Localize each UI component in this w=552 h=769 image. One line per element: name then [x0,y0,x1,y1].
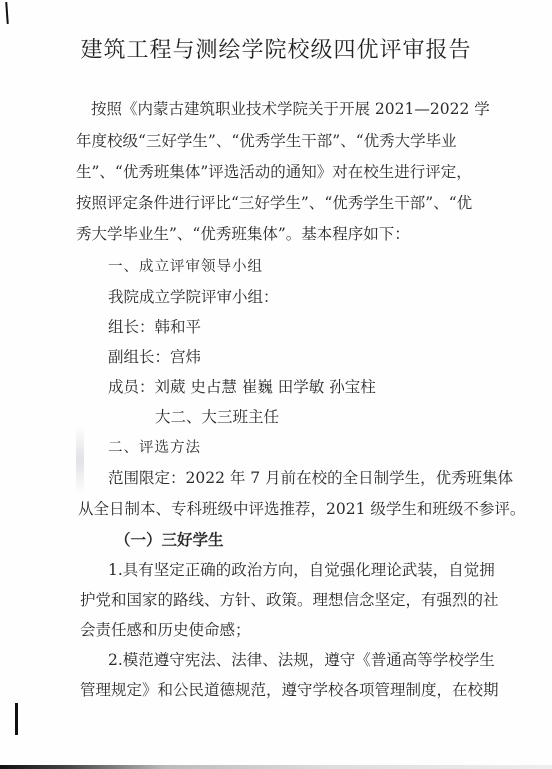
intro-line-2: 年度校级“三好学生”、“优秀学生干部”、“优秀大学毕业 [76,129,457,151]
scan-margin-mark [15,703,18,735]
committee-deputy: 副组长：宫炜 [108,345,201,367]
section-1-heading: 一、成立评审领导小组 [108,255,263,276]
intro-line-3: 生”、“优秀班集体”评选活动的通知》对在校生进行评定， [76,160,472,182]
intro-line-4: 按照评定条件进行评比“三好学生”、“优秀学生干部”、“优 [76,191,472,213]
scope-line-1: 范围限定：2022 年 7 月前在校的全日制学生，优秀班集体 [108,466,513,488]
committee-intro: 我院成立学院评审小组： [108,285,279,307]
scanned-page: 建筑工程与测绘学院校级四优评审报告 按照《内蒙古建筑职业技术学院关于开展 202… [0,0,552,769]
committee-members-extra: 大二、大三班主任 [155,405,279,427]
section-2-heading: 二、评选方法 [108,436,201,457]
scan-bottom-edge [0,765,552,769]
item-1-line-1: 1.具有坚定正确的政治方向，自觉强化理论武装，自觉拥 [108,558,495,580]
scan-edge-mark [5,2,9,24]
item-2-line-2: 管理规定》和公民道德规范，遵守学校各项管理制度，在校期 [80,678,499,700]
intro-line-5: 秀大学毕业生”、“优秀班集体”。基本程序如下： [76,222,410,244]
item-1-line-2: 护党和国家的路线、方针、政策。理想信念坚定，有强烈的社 [80,588,499,610]
item-2-line-1: 2.模范遵守宪法、法律、法规，遵守《普通高等学校学生 [108,648,495,670]
item-1-line-3: 会责任感和历史使命感； [80,618,251,640]
committee-members: 成员：刘葳 史占慧 崔巍 田学敏 孙宝柱 [108,375,376,397]
committee-leader: 组长：韩和平 [108,315,201,337]
subsection-heading: （一）三好学生 [115,528,224,550]
scope-line-2: 从全日制本、专科班级中评选推荐，2021 级学生和班级不参评。 [78,497,525,519]
intro-line-1: 按照《内蒙古建筑职业技术学院关于开展 2021—2022 学 [91,97,490,119]
scan-shadow [76,425,84,495]
document-title: 建筑工程与测绘学院校级四优评审报告 [0,33,552,64]
